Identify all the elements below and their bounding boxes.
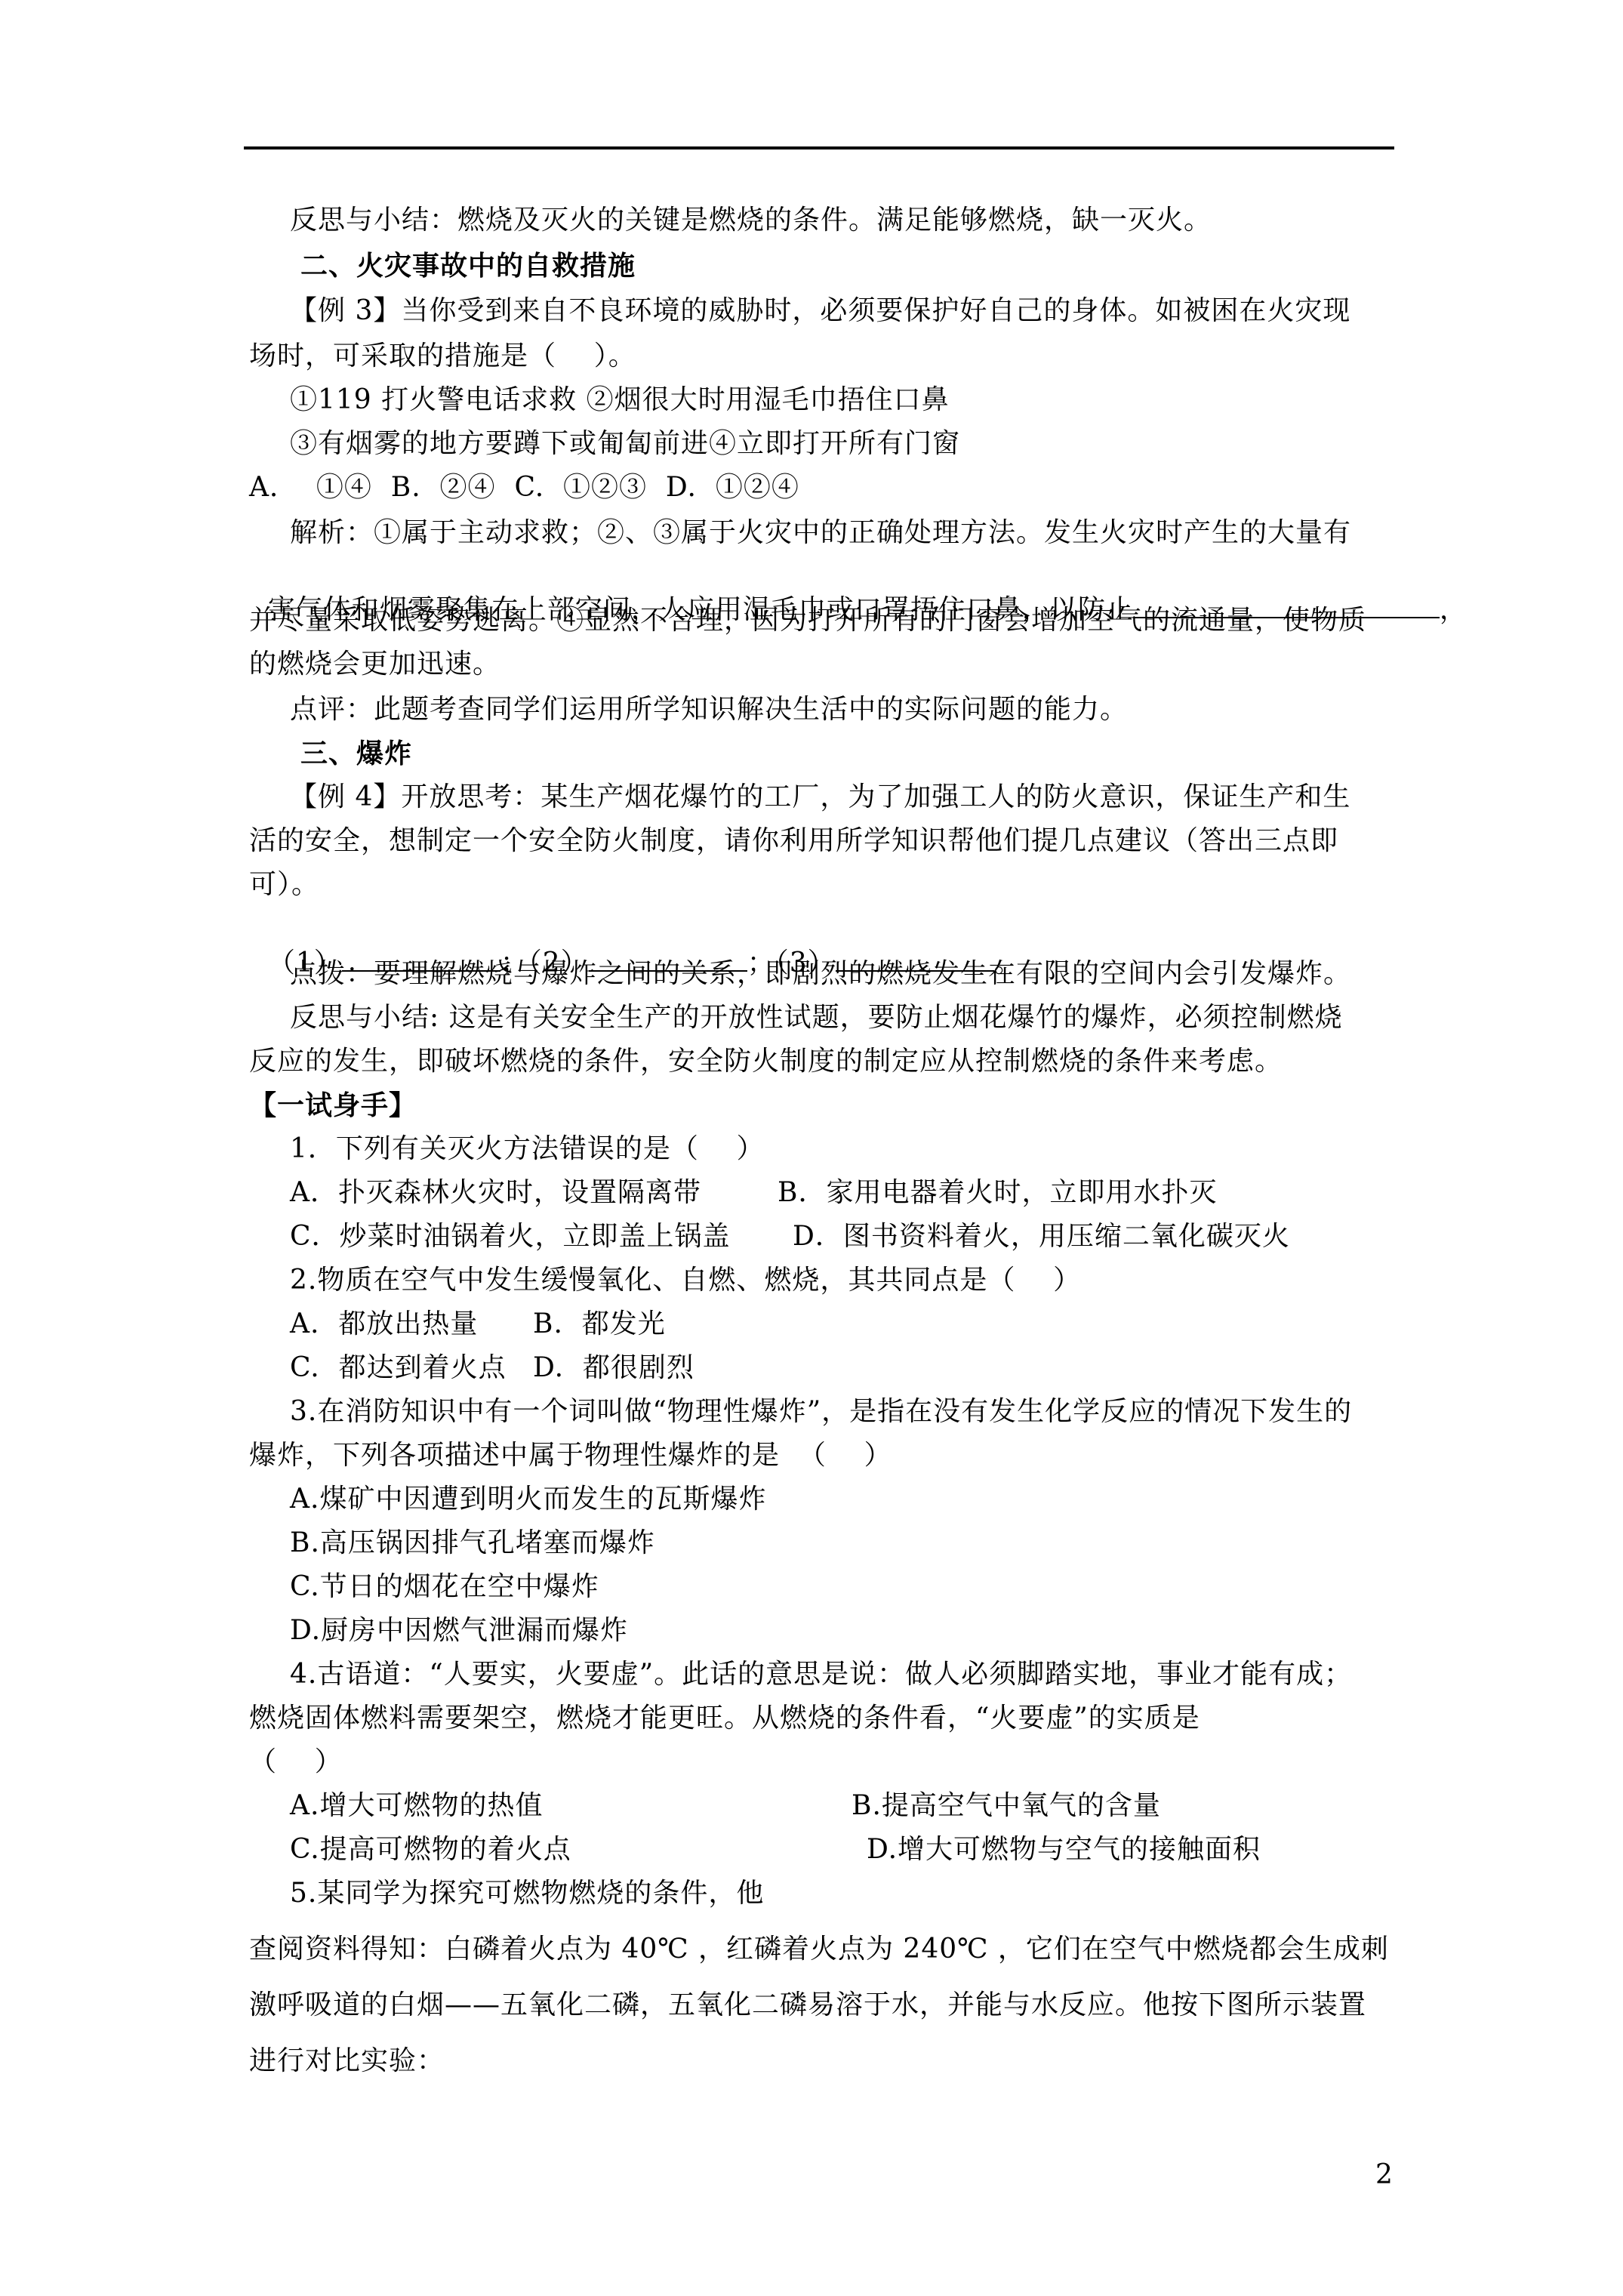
section-heading-3: 三、爆炸	[300, 737, 412, 770]
header-rule	[244, 146, 1394, 149]
q1-option-a: A．扑灭森林火灾时，设置隔离带	[290, 1176, 701, 1210]
q5-stem-4: 进行对比实验：	[249, 2045, 445, 2078]
example-3-line-1: 【例 3】当你受到来自不良环境的威胁时，必须要保护好自己的身体。如被困在火灾现	[290, 294, 1350, 328]
example-3-option-line-2: ③有烟雾的地方要蹲下或匍匐前进④立即打开所有门窗	[290, 427, 960, 461]
q4-option-b: B.提高空气中氧气的含量	[852, 1789, 1161, 1823]
page-number: 2	[1375, 2159, 1393, 2190]
analysis-line-4: 的燃烧会更加迅速。	[249, 648, 500, 681]
reflection-line-1: 反思与小结: 这是有关安全生产的开放性试题，要防止烟花爆竹的爆炸，必须控制燃烧	[290, 1001, 1343, 1034]
q3-stem-2: 爆炸，下列各项描述中属于物理性爆炸的是 （ ）	[249, 1439, 892, 1472]
analysis-line-3: 并尽量采取低姿势逃离。④显然不合理，因为打开所有的门窗会增加空气的流通量，使物质	[249, 604, 1366, 637]
q2-option-c: C. 都达到着火点	[290, 1351, 507, 1385]
q1-stem: 1．下列有关灭火方法错误的是（ ）	[290, 1133, 765, 1166]
example-4-line-2: 活的安全，想制定一个安全防火制度，请你利用所学知识帮他们提几点建议（答出三点即	[249, 824, 1338, 858]
reflection-line-2: 反应的发生，即破坏燃烧的条件，安全防火制度的制定应从控制燃烧的条件来考虑。	[249, 1045, 1283, 1078]
q5-stem-1: 5.某同学为探究可燃物燃烧的条件，他	[290, 1877, 764, 1910]
q4-option-c: C.提高可燃物的着火点	[290, 1833, 571, 1866]
analysis-line-1: 解析：①属于主动求救；②、③属于火灾中的正确处理方法。发生火灾时产生的大量有	[290, 516, 1351, 550]
q3-stem-1: 3.在消防知识中有一个词叫做“物理性爆炸”，是指在没有发生化学反应的情况下发生的	[290, 1395, 1352, 1428]
section-heading-2: 二、火灾事故中的自救措施	[300, 249, 636, 282]
q4-stem-1: 4.古语道：“人要实，火要虚”。此话的意思是说：做人必须脚踏实地，事业才能有成；	[290, 1658, 1352, 1691]
q4-option-d: D.增大可燃物与空气的接触面积	[867, 1833, 1261, 1866]
q5-stem-2: 查阅资料得知：白磷着火点为 40℃ ，红磷着火点为 240℃ ，它们在空气中燃烧…	[249, 1933, 1389, 1966]
q2-option-a: A. 都放出热量	[290, 1308, 478, 1341]
q3-option-b: B.高压锅因排气孔堵塞而爆炸	[290, 1527, 655, 1560]
example-3-option-line-1: ①119 打火警电话求救 ②烟很大时用湿毛巾捂住口鼻	[290, 384, 950, 417]
q1-option-c: C．炒菜时油锅着火，立即盖上锅盖	[290, 1220, 731, 1253]
practice-heading: 【一试身手】	[249, 1089, 417, 1122]
q5-stem-3: 激呼吸道的白烟——五氧化二磷，五氧化二磷易溶于水，并能与水反应。他按下图所示装置	[249, 1989, 1366, 2022]
example-4-line-3: 可）。	[249, 868, 319, 901]
example-4-line-1: 【例 4】开放思考：某生产烟花爆竹的工厂，为了加强工人的防火意识，保证生产和生	[290, 781, 1350, 814]
example-3-line-2: 场时，可采取的措施是（ ）。	[249, 340, 636, 373]
hint-line: 点拨：要理解燃烧与爆炸之间的关系，即剧烈的燃烧发生在有限的空间内会引发爆炸。	[290, 957, 1351, 991]
q4-stem-2: 燃烧固体燃料需要架空，燃烧才能更旺。从燃烧的条件看，“火要虚”的实质是	[249, 1702, 1200, 1735]
q1-option-b: B．家用电器着火时，立即用水扑灭	[778, 1176, 1217, 1210]
example-3-answers: A． ①④ B. ②④ C. ①②③ D. ①②④	[249, 471, 799, 504]
comment-line: 点评：此题考查同学们运用所学知识解决生活中的实际问题的能力。	[290, 693, 1128, 726]
summary-line: 反思与小结：燃烧及灭火的关键是燃烧的条件。满足能够燃烧，缺一灭火。	[290, 204, 1212, 237]
q4-option-a: A.增大可燃物的热值	[290, 1789, 543, 1823]
q3-option-d: D.厨房中因燃气泄漏而爆炸	[290, 1614, 628, 1647]
q2-option-d: D. 都很剧烈	[533, 1351, 694, 1385]
q1-option-d: D．图书资料着火，用压缩二氧化碳灭火	[793, 1220, 1290, 1253]
q4-stem-3: （ ）	[249, 1746, 343, 1779]
q3-option-a: A.煤矿中因遭到明火而发生的瓦斯爆炸	[290, 1483, 766, 1516]
comma: ，	[1440, 594, 1467, 625]
q2-option-b: B. 都发光	[533, 1308, 666, 1341]
q3-option-c: C.节日的烟花在空中爆炸	[290, 1570, 599, 1604]
q2-stem: 2.物质在空气中发生缓慢氧化、自燃、燃烧，其共同点是（ ）	[290, 1264, 1081, 1297]
